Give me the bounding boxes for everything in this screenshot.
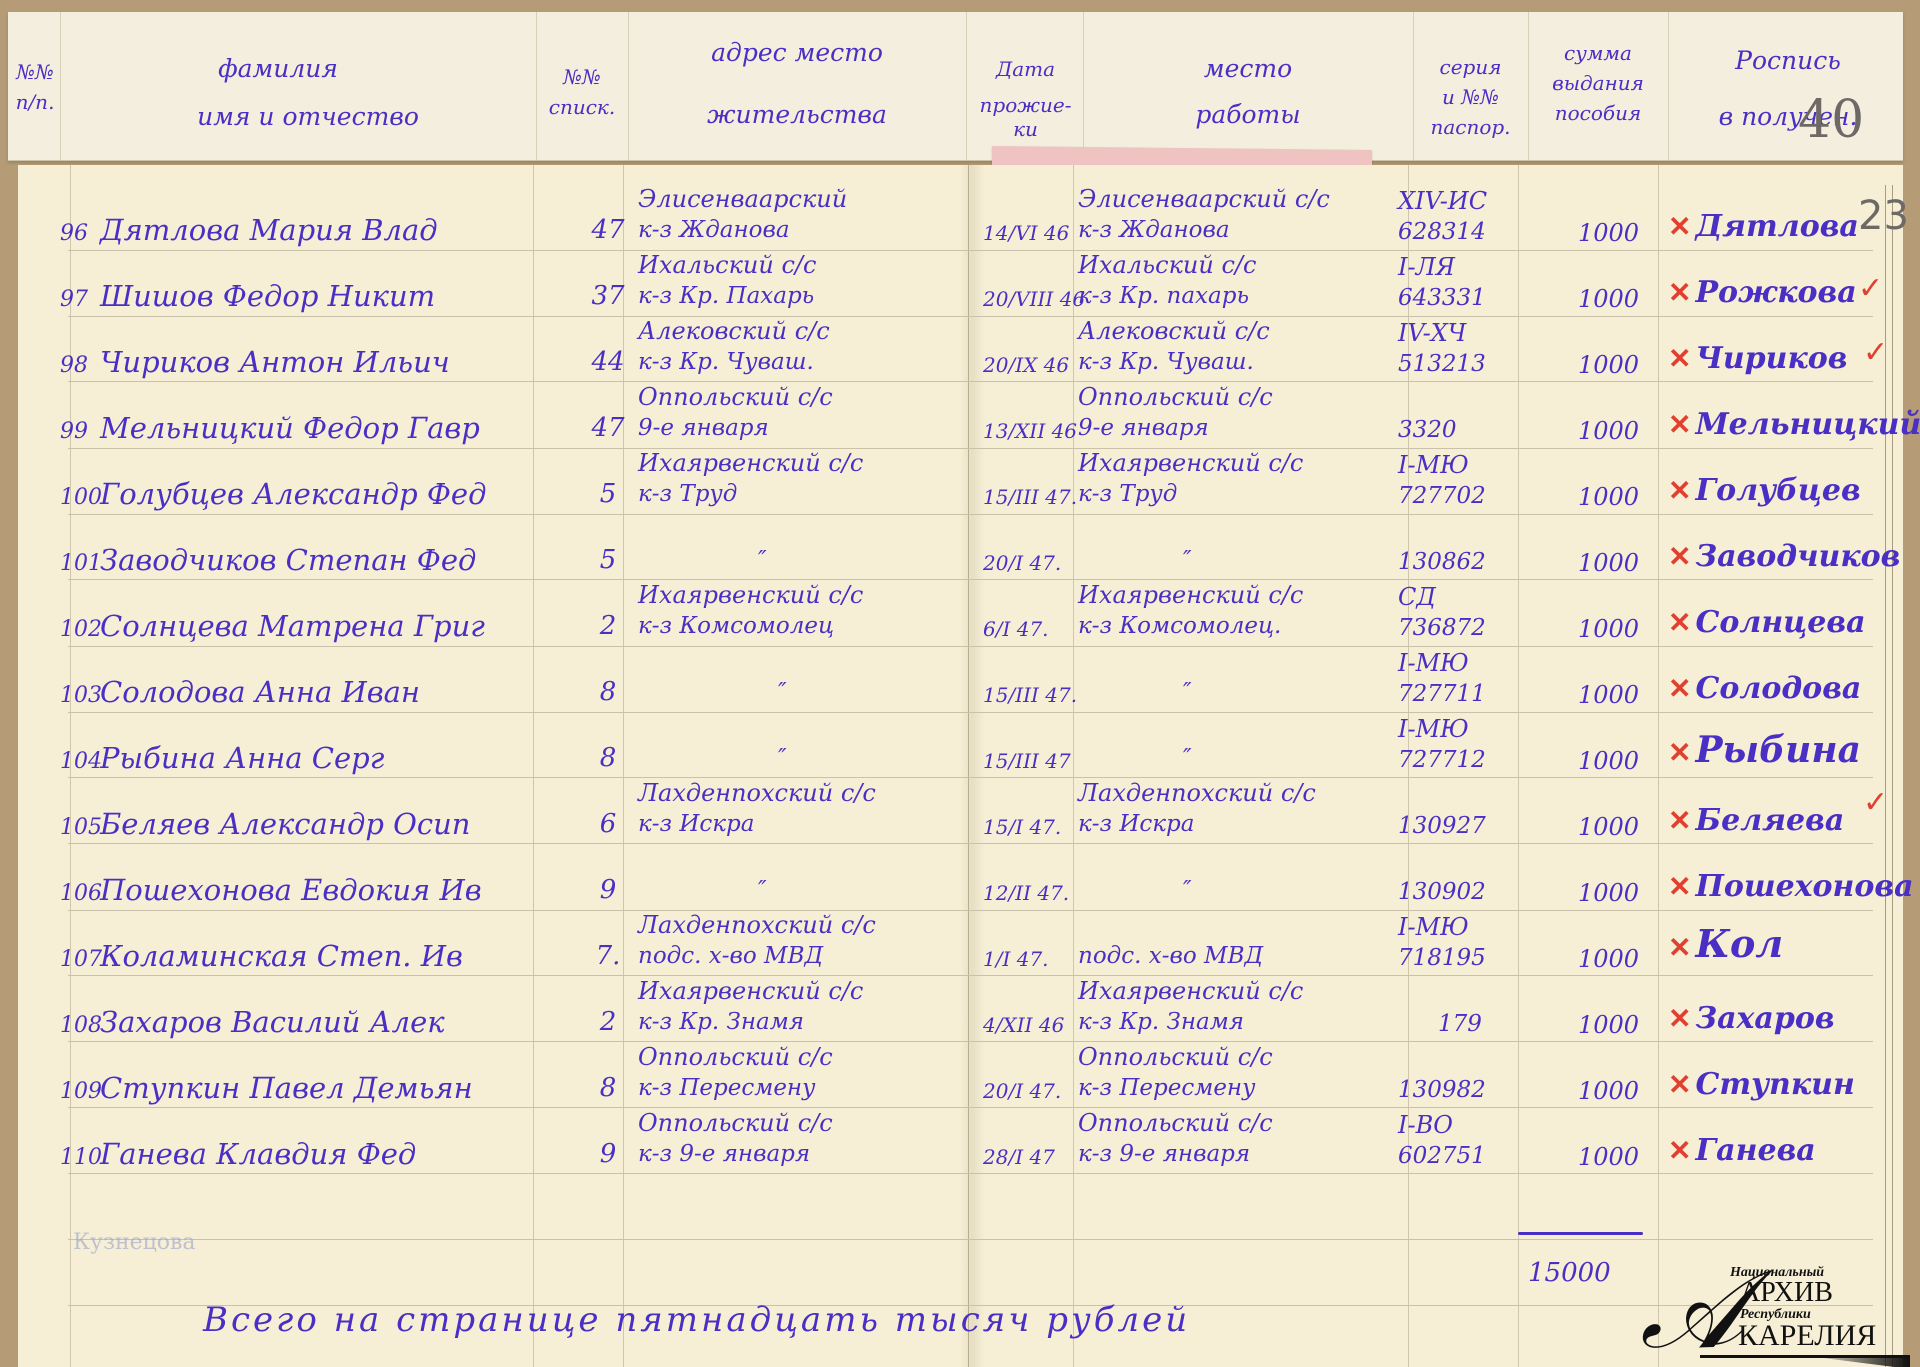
logo-line2: АРХИВ xyxy=(1740,1279,1833,1307)
registration-date: 20/VIII 46 xyxy=(983,287,1085,311)
column-divider xyxy=(1668,12,1669,160)
row-number: 103 xyxy=(60,683,102,708)
allowance-sum: 1000 xyxy=(1578,219,1639,247)
list-number: 2 xyxy=(578,611,638,641)
signature: ✕Мельницкий xyxy=(1668,407,1920,442)
signature-text: Солнцева xyxy=(1695,605,1865,640)
residence-address: Ихаярвенский с/ск-з Комсомолец xyxy=(638,613,834,639)
residence-address: Ихальский с/ск-з Кр. Пахарь xyxy=(638,283,814,309)
signature: ✕Рожкова xyxy=(1668,275,1857,310)
registration-date: 6/I 47. xyxy=(983,617,1049,641)
row-number: 108 xyxy=(60,1013,102,1038)
header-name: фамилия имя и отчество xyxy=(88,50,528,136)
red-x-mark-icon: ✕ xyxy=(1668,736,1691,769)
allowance-sum: 1000 xyxy=(1578,747,1639,775)
page-total: 15000 xyxy=(1528,1258,1611,1288)
workplace-kolkhoz: к-з Кр. пахарь xyxy=(1078,283,1249,309)
passport-number: 602751 xyxy=(1398,1143,1486,1169)
address-sovet: Ихаярвенский с/с xyxy=(638,449,863,477)
residence-address: ″ xyxy=(778,745,787,771)
workplace-sovet: Ихаярвенский с/с xyxy=(1078,581,1303,609)
residence-address: Лахденпохский с/ск-з Искра xyxy=(638,811,754,837)
red-checkmark-icon: ✓ xyxy=(1863,785,1888,820)
workplace: Ихаярвенский с/ск-з Комсомолец. xyxy=(1078,613,1281,639)
red-x-mark-icon: ✕ xyxy=(1668,408,1691,441)
address-sovet: Лахденпохский с/с xyxy=(638,911,876,939)
full-name: Захаров Василий Алек xyxy=(100,1005,445,1039)
residence-address: Ихаярвенский с/ск-з Кр. Знамя xyxy=(638,1009,804,1035)
header-address-line1: адрес место xyxy=(628,34,966,72)
full-name: Голубцев Александр Фед xyxy=(100,477,486,511)
signature-text: Кол xyxy=(1695,921,1783,966)
ledger-row: 108 Захаров Василий Алек 2 Ихаярвенский … xyxy=(18,987,1903,1053)
passport: 130927 xyxy=(1398,813,1486,839)
address-kolkhoz: к-з Кр. Пахарь xyxy=(638,283,814,309)
list-number: 47 xyxy=(578,215,638,245)
workplace-sovet: Ихальский с/с xyxy=(1078,251,1256,279)
row-number: 100 xyxy=(60,485,102,510)
passport-series: СД xyxy=(1398,583,1436,611)
address-kolkhoz: к-з Кр. Чуваш. xyxy=(638,349,814,375)
ledger-row: 96 Дятлова Мария Влад 47 Элисенваарскийк… xyxy=(18,195,1903,261)
allowance-sum: 1000 xyxy=(1578,1143,1639,1171)
header-passport-line3: паспор. xyxy=(1413,112,1528,142)
address-kolkhoz: ″ xyxy=(778,679,787,705)
workplace-kolkhoz: к-з Труд xyxy=(1078,481,1177,507)
passport-series: IV-ХЧ xyxy=(1398,319,1466,347)
red-x-mark-icon: ✕ xyxy=(1668,474,1691,507)
residence-address: Оппольский с/ск-з Пересмену xyxy=(638,1075,815,1101)
header-passport-line1: серия xyxy=(1413,52,1528,82)
column-divider xyxy=(966,12,967,160)
residence-address: Элисенваарскийк-з Жданова xyxy=(638,217,790,243)
workplace-kolkhoz: подс. х-во МВД xyxy=(1078,943,1263,969)
bleed-through-text: Кузнецова xyxy=(73,1230,196,1255)
workplace-sovet: Лахденпохский с/с xyxy=(1078,779,1316,807)
passport-number: 727702 xyxy=(1398,483,1486,509)
workplace: Элисенваарский с/ск-з Жданова xyxy=(1078,217,1230,243)
signature-text: Голубцев xyxy=(1695,473,1860,508)
header-sum: сумма выдания пособия xyxy=(1528,38,1668,128)
signature-text: Чириков xyxy=(1695,341,1847,376)
registration-date: 15/III 47. xyxy=(983,683,1077,707)
total-underline xyxy=(1518,1232,1643,1235)
header-date: Дата прожие- ки xyxy=(968,54,1083,144)
red-x-mark-icon: ✕ xyxy=(1668,276,1691,309)
pencil-mark: 40 xyxy=(1798,90,1864,150)
workplace-sovet: Ихаярвенский с/с xyxy=(1078,449,1303,477)
allowance-sum: 1000 xyxy=(1578,1011,1639,1039)
header-name-line2: имя и отчество xyxy=(88,98,528,136)
red-x-mark-icon: ✕ xyxy=(1668,672,1691,705)
header-signature-line1: Роспись xyxy=(1673,42,1903,80)
passport: I-МЮ718195 xyxy=(1398,945,1486,971)
full-name: Дятлова Мария Влад xyxy=(100,213,438,247)
header-signature-line2: в получен. xyxy=(1673,98,1903,136)
ledger-row: 98 Чириков Антон Ильич 44 Алековский с/с… xyxy=(18,327,1903,393)
address-kolkhoz: к-з Комсомолец xyxy=(638,613,834,639)
signature-text: Дятлова xyxy=(1695,209,1858,244)
passport-series: I-ВО xyxy=(1398,1111,1453,1139)
signature: ✕Пошехонова xyxy=(1668,869,1914,904)
header-address-line2: жительства xyxy=(628,96,966,134)
allowance-sum: 1000 xyxy=(1578,681,1639,709)
ledger-row: 110 Ганева Клавдия Фед 9 Оппольский с/ск… xyxy=(18,1119,1903,1185)
header-sum-line2: выдания xyxy=(1528,68,1668,98)
address-sovet: Ихаярвенский с/с xyxy=(638,581,863,609)
full-name: Чириков Антон Ильич xyxy=(100,345,450,379)
address-kolkhoz: ″ xyxy=(758,877,767,903)
address-kolkhoz: к-з Искра xyxy=(638,811,754,837)
signature-text: Заводчиков xyxy=(1695,539,1900,574)
address-kolkhoz: к-з Труд xyxy=(638,481,737,507)
full-name: Ганева Клавдия Фед xyxy=(100,1137,416,1171)
row-number: 110 xyxy=(60,1145,102,1170)
passport-series: XIV-ИС xyxy=(1398,187,1487,215)
signature: ✕Солнцева xyxy=(1668,605,1866,640)
full-name: Коламинская Степ. Ив xyxy=(100,939,463,973)
workplace-kolkhoz: ″ xyxy=(1183,547,1192,573)
row-number: 109 xyxy=(60,1079,102,1104)
full-name: Рыбина Анна Серг xyxy=(100,741,384,775)
passport: XIV-ИС628314 xyxy=(1398,219,1486,245)
workplace: ″ xyxy=(1183,877,1192,903)
header-passport: серия и №№ паспор. xyxy=(1413,52,1528,142)
passport: 130982 xyxy=(1398,1077,1486,1103)
workplace-kolkhoz: к-з Жданова xyxy=(1078,217,1230,243)
residence-address: Оппольский с/ск-з 9-е января xyxy=(638,1141,810,1167)
workplace: Алековский с/ск-з Кр. Чуваш. xyxy=(1078,349,1254,375)
workplace-kolkhoz: к-з Кр. Чуваш. xyxy=(1078,349,1254,375)
allowance-sum: 1000 xyxy=(1578,879,1639,907)
signature-text: Мельницкий xyxy=(1695,407,1920,442)
address-sovet: Оппольский с/с xyxy=(638,1043,833,1071)
registration-date: 20/IX 46 xyxy=(983,353,1069,377)
registration-date: 15/III 47. xyxy=(983,485,1077,509)
passport: I-МЮ727702 xyxy=(1398,483,1486,509)
workplace: ″ xyxy=(1183,745,1192,771)
row-number: 99 xyxy=(60,419,88,444)
residence-address: ″ xyxy=(758,547,767,573)
workplace-kolkhoz: к-з Пересмену xyxy=(1078,1075,1255,1101)
passport: I-ВО602751 xyxy=(1398,1143,1486,1169)
header-members: №№ списк. xyxy=(536,62,628,122)
red-x-mark-icon: ✕ xyxy=(1668,342,1691,375)
list-number: 2 xyxy=(578,1007,638,1037)
signature: ✕Ганева xyxy=(1668,1133,1816,1168)
registration-date: 15/III 47 xyxy=(983,749,1071,773)
ledger-row: 103 Солодова Анна Иван 8 ″ 15/III 47. ″ … xyxy=(18,657,1903,723)
residence-address: Оппольский с/с9-е января xyxy=(638,415,769,441)
signature-text: Рожкова xyxy=(1695,275,1856,310)
residence-address: Лахденпохский с/сподс. х-во МВД xyxy=(638,943,823,969)
signature-text: Беляева xyxy=(1695,803,1844,838)
passport: 3320 xyxy=(1398,417,1457,443)
workplace-kolkhoz: к-з Искра xyxy=(1078,811,1194,837)
passport-number: 179 xyxy=(1438,1011,1482,1037)
passport-number: 130862 xyxy=(1398,549,1486,575)
signature: ✕Солодова xyxy=(1668,671,1861,706)
allowance-sum: 1000 xyxy=(1578,549,1639,577)
address-kolkhoz: ″ xyxy=(778,745,787,771)
passport-number: 727712 xyxy=(1398,747,1486,773)
red-x-mark-icon: ✕ xyxy=(1668,870,1691,903)
passport-number: 718195 xyxy=(1398,945,1486,971)
list-number: 47 xyxy=(578,413,638,443)
full-name: Солодова Анна Иван xyxy=(100,675,420,709)
registration-date: 20/I 47. xyxy=(983,1079,1061,1103)
passport-series: I-ЛЯ xyxy=(1398,253,1455,281)
logo-monogram-icon: 𝒜 xyxy=(1640,1255,1744,1365)
workplace-kolkhoz: ″ xyxy=(1183,679,1192,705)
passport-number: 130982 xyxy=(1398,1077,1486,1103)
passport: I-МЮ727712 xyxy=(1398,747,1486,773)
passport: СД736872 xyxy=(1398,615,1486,641)
address-kolkhoz: к-з Жданова xyxy=(638,217,790,243)
header-members-line2: списк. xyxy=(536,92,628,122)
red-x-mark-icon: ✕ xyxy=(1668,804,1691,837)
full-name: Ступкин Павел Демьян xyxy=(100,1071,473,1105)
list-number: 44 xyxy=(578,347,638,377)
allowance-sum: 1000 xyxy=(1578,615,1639,643)
workplace: Оппольский с/с9-е января xyxy=(1078,415,1209,441)
registration-date: 13/XII 46 xyxy=(983,419,1077,443)
header-workplace-line2: работы xyxy=(1083,96,1413,134)
red-checkmark-icon: ✓ xyxy=(1863,335,1888,370)
list-number: 9 xyxy=(578,875,638,905)
header-date-line1: Дата xyxy=(968,54,1083,84)
list-number: 8 xyxy=(578,677,638,707)
signature-text: Пошехонова xyxy=(1695,869,1913,904)
passport-number: 643331 xyxy=(1398,285,1486,311)
workplace-kolkhoz: к-з Комсомолец. xyxy=(1078,613,1281,639)
workplace-kolkhoz: к-з 9-е января xyxy=(1078,1141,1250,1167)
passport-series: I-МЮ xyxy=(1398,451,1469,479)
ledger-row: 105 Беляев Александр Осип 6 Лахденпохски… xyxy=(18,789,1903,855)
row-number: 96 xyxy=(60,221,88,246)
workplace: ″ xyxy=(1183,679,1192,705)
address-kolkhoz: 9-е января xyxy=(638,415,769,441)
row-number: 104 xyxy=(60,749,102,774)
passport: I-МЮ727711 xyxy=(1398,681,1486,707)
full-name: Заводчиков Степан Фед xyxy=(100,543,476,577)
allowance-sum: 1000 xyxy=(1578,417,1639,445)
list-number: 5 xyxy=(578,545,638,575)
ledger-page: 23 96 Дятлова Мария Влад 47 Элисенваарск… xyxy=(18,165,1903,1367)
full-name: Беляев Александр Осип xyxy=(100,807,470,841)
signature: ✕Чириков xyxy=(1668,341,1847,376)
list-number: 8 xyxy=(578,743,638,773)
header-address: адрес место жительства xyxy=(628,34,966,134)
signature-text: Солодова xyxy=(1695,671,1861,706)
row-number: 102 xyxy=(60,617,102,642)
ledger-row: 104 Рыбина Анна Серг 8 ″ 15/III 47 ″ I-М… xyxy=(18,723,1903,789)
header-members-line1: №№ xyxy=(536,62,628,92)
passport-series: I-МЮ xyxy=(1398,913,1469,941)
signature: ✕Захаров xyxy=(1668,1001,1835,1036)
red-x-mark-icon: ✕ xyxy=(1668,606,1691,639)
list-number: 7. xyxy=(578,941,638,971)
ledger-row: 109 Ступкин Павел Демьян 8 Оппольский с/… xyxy=(18,1053,1903,1119)
signature: ✕Голубцев xyxy=(1668,473,1861,508)
workplace-kolkhoz: ″ xyxy=(1183,877,1192,903)
header-signature: Роспись в получен. xyxy=(1673,42,1903,136)
signature-text: Ганева xyxy=(1695,1133,1815,1168)
passport: 130862 xyxy=(1398,549,1486,575)
address-kolkhoz: к-з Пересмену xyxy=(638,1075,815,1101)
workplace-sovet: Элисенваарский с/с xyxy=(1078,185,1330,213)
page-summary-text: Всего на странице пятнадцать тысяч рубле… xyxy=(203,1300,1190,1340)
registration-date: 1/I 47. xyxy=(983,947,1049,971)
workplace: Оппольский с/ск-з Пересмену xyxy=(1078,1075,1255,1101)
allowance-sum: 1000 xyxy=(1578,813,1639,841)
workplace: Ихаярвенский с/ск-з Кр. Знамя xyxy=(1078,1009,1244,1035)
passport: 179 xyxy=(1438,1011,1482,1037)
passport-number: 628314 xyxy=(1398,219,1486,245)
signature-text: Рыбина xyxy=(1695,729,1860,771)
header-num-line2: п/п. xyxy=(10,87,60,117)
address-sovet: Лахденпохский с/с xyxy=(638,779,876,807)
workplace-sovet: Оппольский с/с xyxy=(1078,1109,1273,1137)
workplace: Ихаярвенский с/ск-з Труд xyxy=(1078,481,1177,507)
list-number: 37 xyxy=(578,281,638,311)
registration-date: 20/I 47. xyxy=(983,551,1061,575)
signature: ✕Рыбина xyxy=(1668,729,1861,771)
full-name: Шишов Федор Никит xyxy=(100,279,435,313)
address-sovet: Оппольский с/с xyxy=(638,1109,833,1137)
red-x-mark-icon: ✕ xyxy=(1668,1002,1691,1035)
workplace: Оппольский с/ск-з 9-е января xyxy=(1078,1141,1250,1167)
ledger-row: 101 Заводчиков Степан Фед 5 ″ 20/I 47. ″… xyxy=(18,525,1903,591)
address-sovet: Ихаярвенский с/с xyxy=(638,977,863,1005)
row-number: 97 xyxy=(60,287,88,312)
signature: ✕Заводчиков xyxy=(1668,539,1900,574)
list-number: 6 xyxy=(578,809,638,839)
ledger-row: 102 Солнцева Матрена Григ 2 Ихаярвенский… xyxy=(18,591,1903,657)
workplace-sovet: Ихаярвенский с/с xyxy=(1078,977,1303,1005)
residence-address: Ихаярвенский с/ск-з Труд xyxy=(638,481,737,507)
address-kolkhoz: к-з 9-е января xyxy=(638,1141,810,1167)
header-passport-line2: и №№ xyxy=(1413,82,1528,112)
workplace-sovet: Оппольский с/с xyxy=(1078,1043,1273,1071)
address-kolkhoz: ″ xyxy=(758,547,767,573)
registration-date: 15/I 47. xyxy=(983,815,1061,839)
passport-number: 130902 xyxy=(1398,879,1486,905)
red-x-mark-icon: ✕ xyxy=(1668,931,1691,964)
allowance-sum: 1000 xyxy=(1578,483,1639,511)
address-sovet: Элисенваарский xyxy=(638,185,847,213)
passport: I-ЛЯ643331 xyxy=(1398,285,1486,311)
header-workplace-line1: место xyxy=(1083,50,1413,88)
red-x-mark-icon: ✕ xyxy=(1668,1068,1691,1101)
passport-number: 736872 xyxy=(1398,615,1486,641)
passport: 130902 xyxy=(1398,879,1486,905)
full-name: Пошехонова Евдокия Ив xyxy=(100,873,482,907)
red-x-mark-icon: ✕ xyxy=(1668,210,1691,243)
logo-line4: КАРЕЛИЯ xyxy=(1738,1321,1876,1351)
full-name: Солнцева Матрена Григ xyxy=(100,609,485,643)
registration-date: 4/XII 46 xyxy=(983,1013,1064,1037)
allowance-sum: 1000 xyxy=(1578,1077,1639,1105)
row-number: 98 xyxy=(60,353,88,378)
registration-date: 14/VI 46 xyxy=(983,221,1069,245)
workplace-sovet: Оппольский с/с xyxy=(1078,383,1273,411)
registration-date: 12/II 47. xyxy=(983,881,1069,905)
residence-address: ″ xyxy=(778,679,787,705)
passport-number: 130927 xyxy=(1398,813,1486,839)
red-x-mark-icon: ✕ xyxy=(1668,540,1691,573)
row-number: 105 xyxy=(60,815,102,840)
workplace: ″ xyxy=(1183,547,1192,573)
ledger-row: 99 Мельницкий Федор Гавр 47 Оппольский с… xyxy=(18,393,1903,459)
passport-number: 727711 xyxy=(1398,681,1486,707)
passport: IV-ХЧ513213 xyxy=(1398,351,1486,377)
list-number: 9 xyxy=(578,1139,638,1169)
allowance-sum: 1000 xyxy=(1578,285,1639,313)
red-x-mark-icon: ✕ xyxy=(1668,1134,1691,1167)
red-checkmark-icon: ✓ xyxy=(1858,271,1883,306)
signature: ✕Беляева xyxy=(1668,803,1844,838)
address-sovet: Ихальский с/с xyxy=(638,251,816,279)
signature: ✕Ступкин xyxy=(1668,1067,1855,1102)
header-sum-line1: сумма xyxy=(1528,38,1668,68)
row-number: 107 xyxy=(60,947,102,972)
address-sovet: Алековский с/с xyxy=(638,317,830,345)
archive-watermark-logo: 𝒜 Национальный АРХИВ Республики КАРЕЛИЯ xyxy=(1640,1265,1910,1365)
full-name: Мельницкий Федор Гавр xyxy=(100,411,480,445)
ledger-row: 107 Коламинская Степ. Ив 7. Лахденпохски… xyxy=(18,921,1903,987)
header-workplace: место работы xyxy=(1083,50,1413,134)
address-sovet: Оппольский с/с xyxy=(638,383,833,411)
passport-number: 3320 xyxy=(1398,417,1457,443)
header-name-line1: фамилия xyxy=(28,50,528,88)
passport-number: 513213 xyxy=(1398,351,1486,377)
workplace: подс. х-во МВД xyxy=(1078,943,1263,969)
ledger-header: №№ п/п. фамилия имя и отчество №№ списк.… xyxy=(8,12,1903,161)
address-kolkhoz: подс. х-во МВД xyxy=(638,943,823,969)
signature-text: Захаров xyxy=(1695,1001,1834,1036)
residence-address: ″ xyxy=(758,877,767,903)
ledger-row: 97 Шишов Федор Никит 37 Ихальский с/ск-з… xyxy=(18,261,1903,327)
workplace-kolkhoz: к-з Кр. Знамя xyxy=(1078,1009,1244,1035)
ledger-row: 106 Пошехонова Евдокия Ив 9 ″ 12/II 47. … xyxy=(18,855,1903,921)
ledger-row: 100 Голубцев Александр Фед 5 Ихаярвенски… xyxy=(18,459,1903,525)
signature-text: Ступкин xyxy=(1695,1067,1854,1102)
passport-series: I-МЮ xyxy=(1398,649,1469,677)
workplace-kolkhoz: 9-е января xyxy=(1078,415,1209,441)
list-number: 8 xyxy=(578,1073,638,1103)
list-number: 5 xyxy=(578,479,638,509)
workplace-sovet: Алековский с/с xyxy=(1078,317,1270,345)
signature: ✕Кол xyxy=(1668,921,1783,966)
signature: ✕Дятлова xyxy=(1668,209,1859,244)
registration-date: 28/I 47 xyxy=(983,1145,1055,1169)
residence-address: Алековский с/ск-з Кр. Чуваш. xyxy=(638,349,814,375)
workplace: Ихальский с/ск-з Кр. пахарь xyxy=(1078,283,1249,309)
row-number: 106 xyxy=(60,881,102,906)
allowance-sum: 1000 xyxy=(1578,945,1639,973)
address-kolkhoz: к-з Кр. Знамя xyxy=(638,1009,804,1035)
passport-series: I-МЮ xyxy=(1398,715,1469,743)
workplace: Лахденпохский с/ск-з Искра xyxy=(1078,811,1194,837)
workplace-kolkhoz: ″ xyxy=(1183,745,1192,771)
header-sum-line3: пособия xyxy=(1528,98,1668,128)
allowance-sum: 1000 xyxy=(1578,351,1639,379)
row-number: 101 xyxy=(60,551,102,576)
